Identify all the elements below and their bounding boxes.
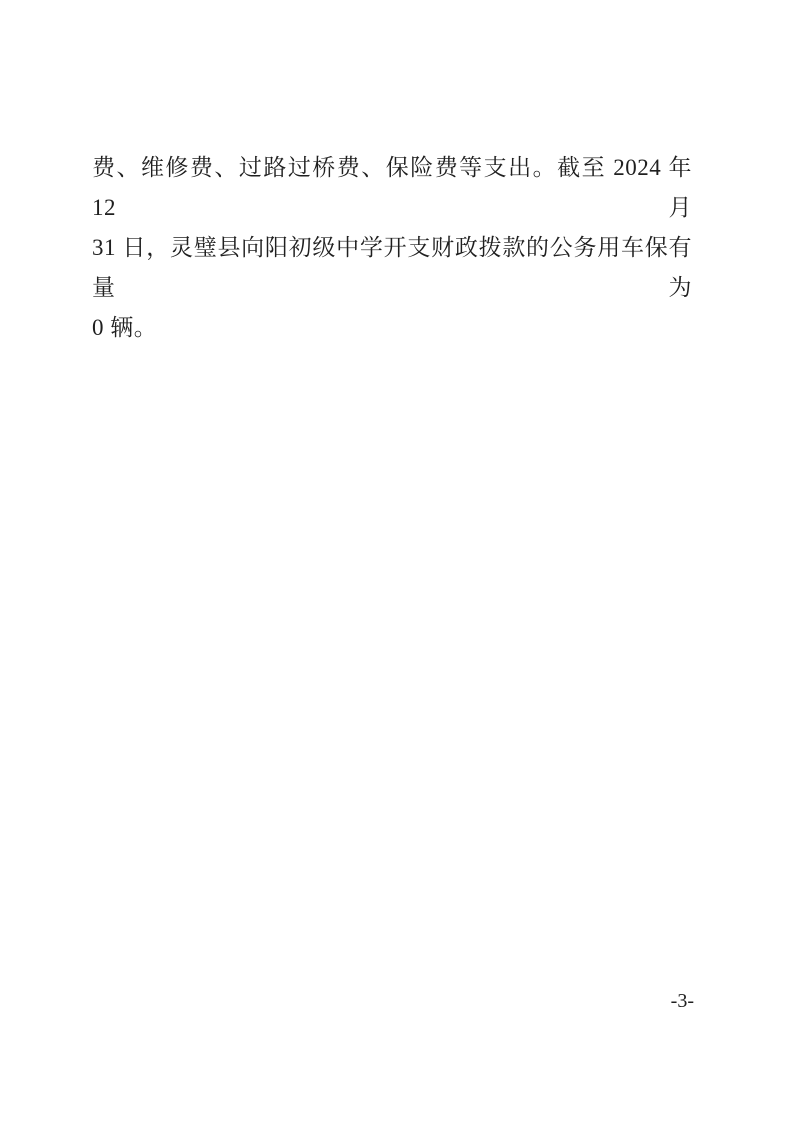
paragraph: 费、维修费、过路过桥费、保险费等支出。截至 2024 年 12 月 31 日，灵… — [92, 148, 692, 348]
paragraph-line-1: 费、维修费、过路过桥费、保险费等支出。截至 2024 年 12 月 — [92, 148, 692, 228]
paragraph-line-2: 31 日，灵璧县向阳初级中学开支财政拨款的公务用车保有量为 — [92, 228, 692, 308]
document-page: 费、维修费、过路过桥费、保险费等支出。截至 2024 年 12 月 31 日，灵… — [0, 0, 793, 1122]
page-number: -3- — [671, 989, 694, 1013]
paragraph-line-3: 0 辆。 — [92, 308, 692, 348]
